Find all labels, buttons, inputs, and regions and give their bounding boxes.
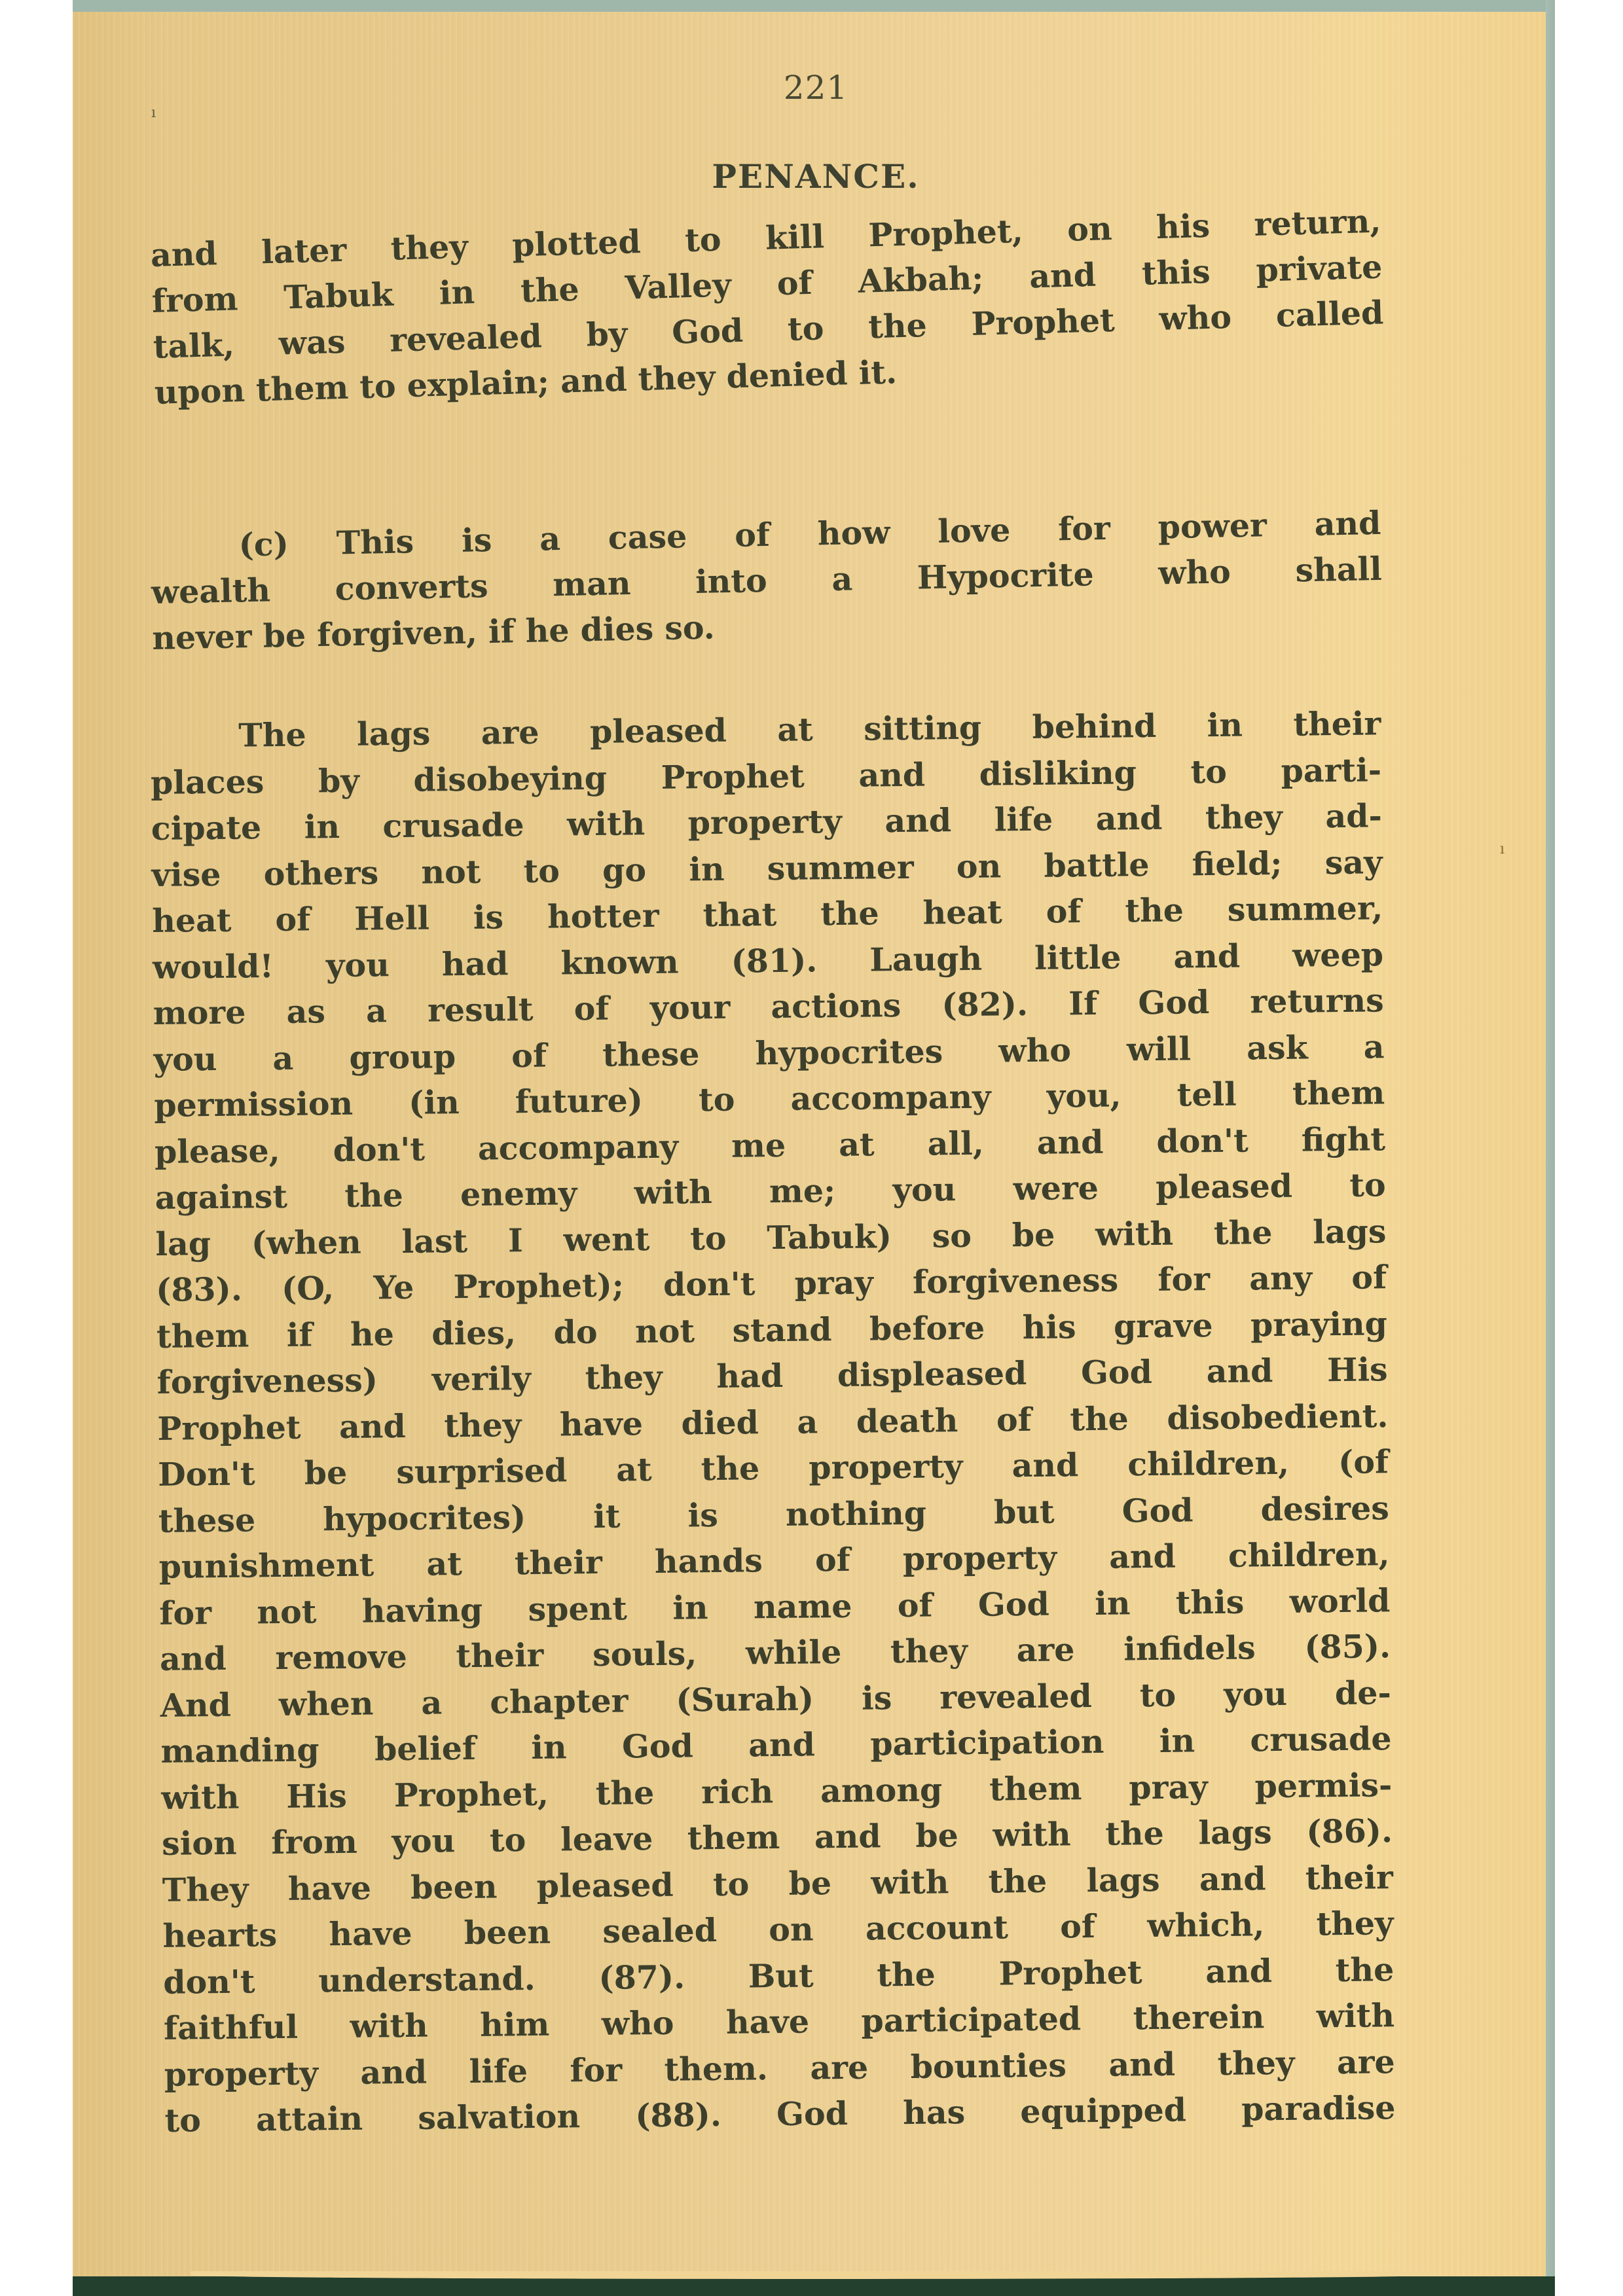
page-title: PENANCE. — [73, 157, 1546, 196]
scan-top-edge — [73, 0, 1546, 12]
scanned-book-page: 221 PENANCE. ı and later they plotted to… — [73, 0, 1546, 2278]
page-number: 221 — [73, 69, 1546, 107]
paragraph-main: The lags are pleased at sitting behind i… — [150, 700, 1396, 2144]
ink-speck: ı — [151, 105, 156, 121]
ink-speck: ı — [1500, 841, 1504, 857]
paragraph-continuation: and later they plotted to kill Prophet, … — [150, 198, 1385, 416]
paragraph-note-c: (c) This is a case of how love for power… — [150, 500, 1383, 661]
scan-bottom-edge — [73, 2276, 1555, 2296]
scan-right-edge — [1546, 0, 1555, 2284]
